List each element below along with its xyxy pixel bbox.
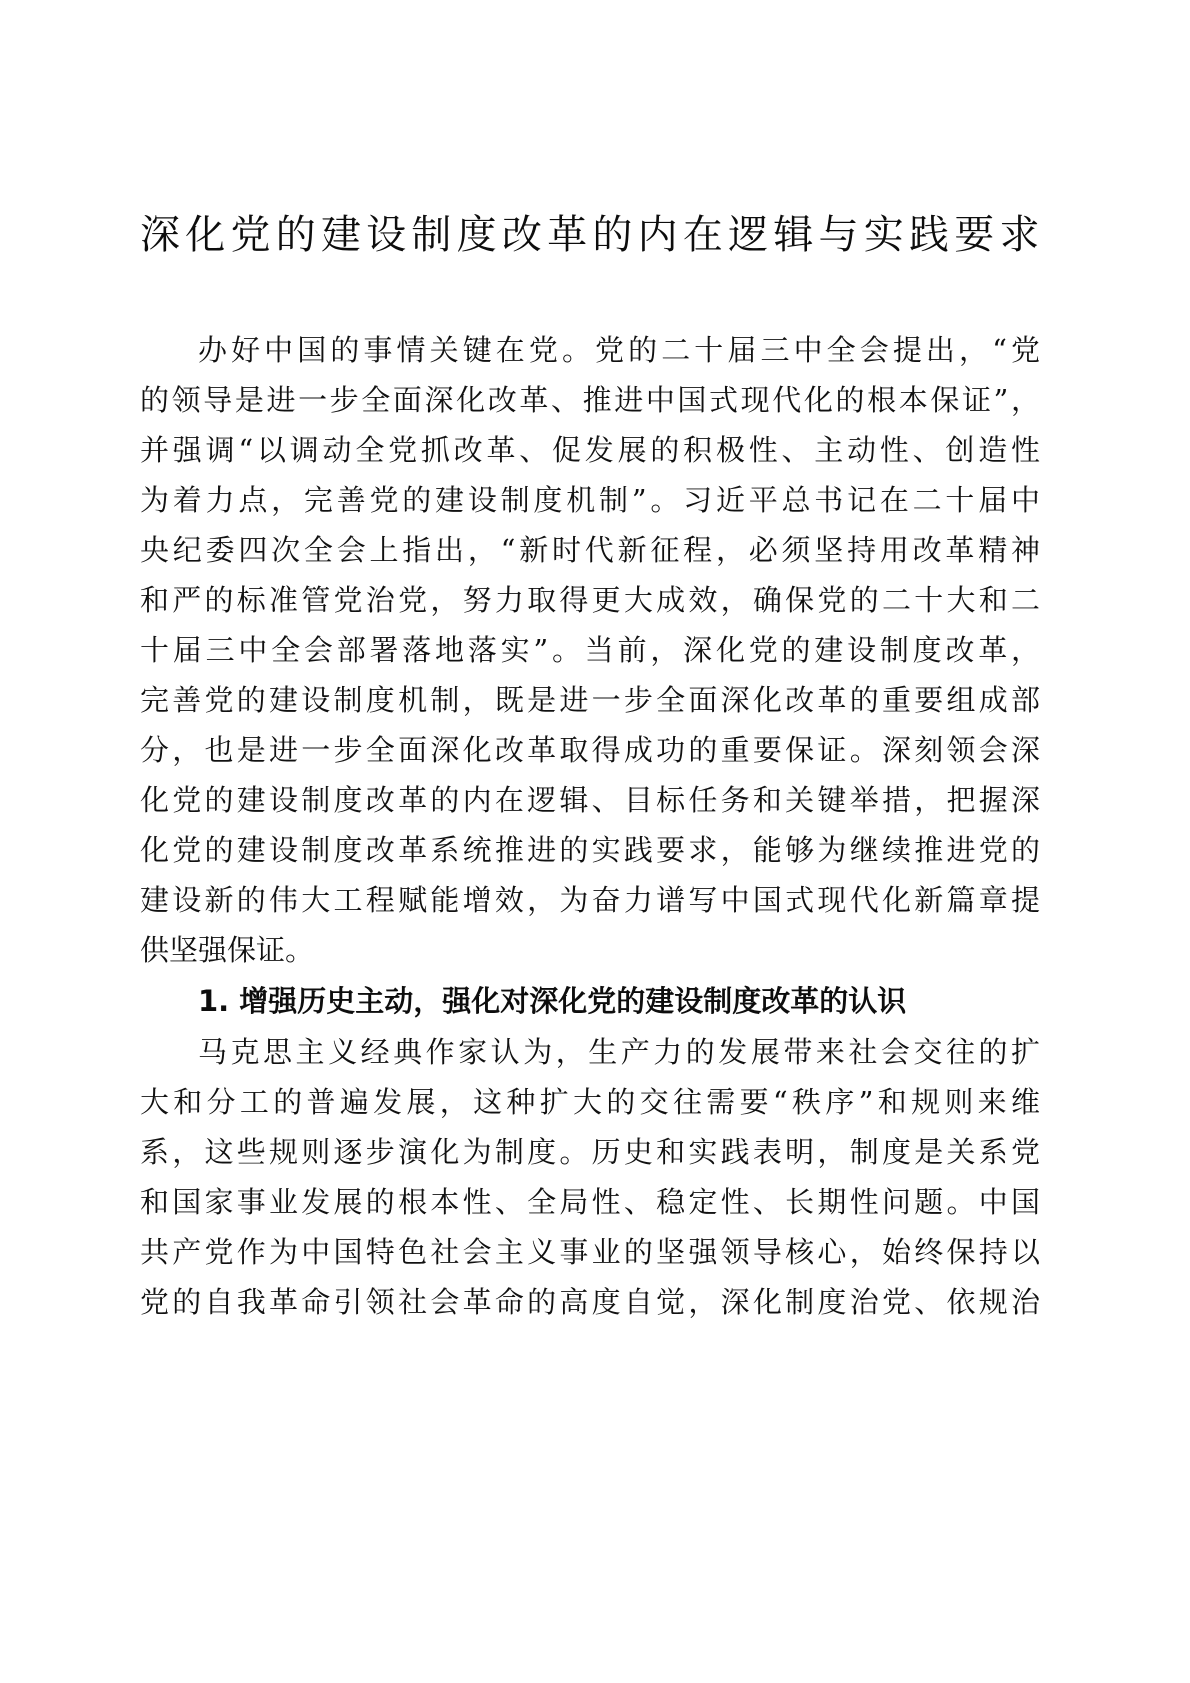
paragraph-line: 马克思主义经典作家认为，生产力的发展带来社会交往的扩 [140, 1027, 1040, 1077]
paragraph-line: 共产党作为中国特色社会主义事业的坚强领导核心，始终保持以 [140, 1227, 1040, 1277]
paragraph-line: 党的自我革命引领社会革命的高度自觉，深化制度治党、依规治 [140, 1277, 1040, 1327]
section-paragraph: 马克思主义经典作家认为，生产力的发展带来社会交往的扩 大和分工的普遍发展，这种扩… [140, 1027, 1040, 1327]
document-body: 办好中国的事情关键在党。党的二十届三中全会提出，“党 的领导是进一步全面深化改革… [140, 325, 1040, 1327]
paragraph-line: 大和分工的普遍发展，这种扩大的交往需要“秩序”和规则来维 [140, 1077, 1040, 1127]
document-title: 深化党的建设制度改革的内在逻辑与实践要求 [140, 200, 1040, 270]
paragraph-line: 供坚强保证。 [140, 925, 1040, 975]
paragraph-line: 分，也是进一步全面深化改革取得成功的重要保证。深刻领会深 [140, 725, 1040, 775]
paragraph-line: 化党的建设制度改革的内在逻辑、目标任务和关键举措，把握深 [140, 775, 1040, 825]
paragraph-line: 央纪委四次全会上指出，“新时代新征程，必须坚持用改革精神 [140, 525, 1040, 575]
document-page: 深化党的建设制度改革的内在逻辑与实践要求 办好中国的事情关键在党。党的二十届三中… [0, 0, 1190, 1683]
paragraph-line: 化党的建设制度改革系统推进的实践要求，能够为继续推进党的 [140, 825, 1040, 875]
paragraph-line: 十届三中全会部署落地落实”。当前，深化党的建设制度改革， [140, 625, 1040, 675]
paragraph-line: 完善党的建设制度机制，既是进一步全面深化改革的重要组成部 [140, 675, 1040, 725]
section-heading: 1. 增强历史主动，强化对深化党的建设制度改革的认识 [140, 975, 1040, 1027]
paragraph-line: 系，这些规则逐步演化为制度。历史和实践表明，制度是关系党 [140, 1127, 1040, 1177]
paragraph-line: 为着力点，完善党的建设制度机制”。习近平总书记在二十届中 [140, 475, 1040, 525]
paragraph-line: 和国家事业发展的根本性、全局性、稳定性、长期性问题。中国 [140, 1177, 1040, 1227]
paragraph-line: 和严的标准管党治党，努力取得更大成效，确保党的二十大和二 [140, 575, 1040, 625]
paragraph-line: 办好中国的事情关键在党。党的二十届三中全会提出，“党 [140, 325, 1040, 375]
intro-paragraph: 办好中国的事情关键在党。党的二十届三中全会提出，“党 的领导是进一步全面深化改革… [140, 325, 1040, 975]
paragraph-line: 并强调“以调动全党抓改革、促发展的积极性、主动性、创造性 [140, 425, 1040, 475]
paragraph-line: 的领导是进一步全面深化改革、推进中国式现代化的根本保证”， [140, 375, 1040, 425]
paragraph-line: 建设新的伟大工程赋能增效，为奋力谱写中国式现代化新篇章提 [140, 875, 1040, 925]
